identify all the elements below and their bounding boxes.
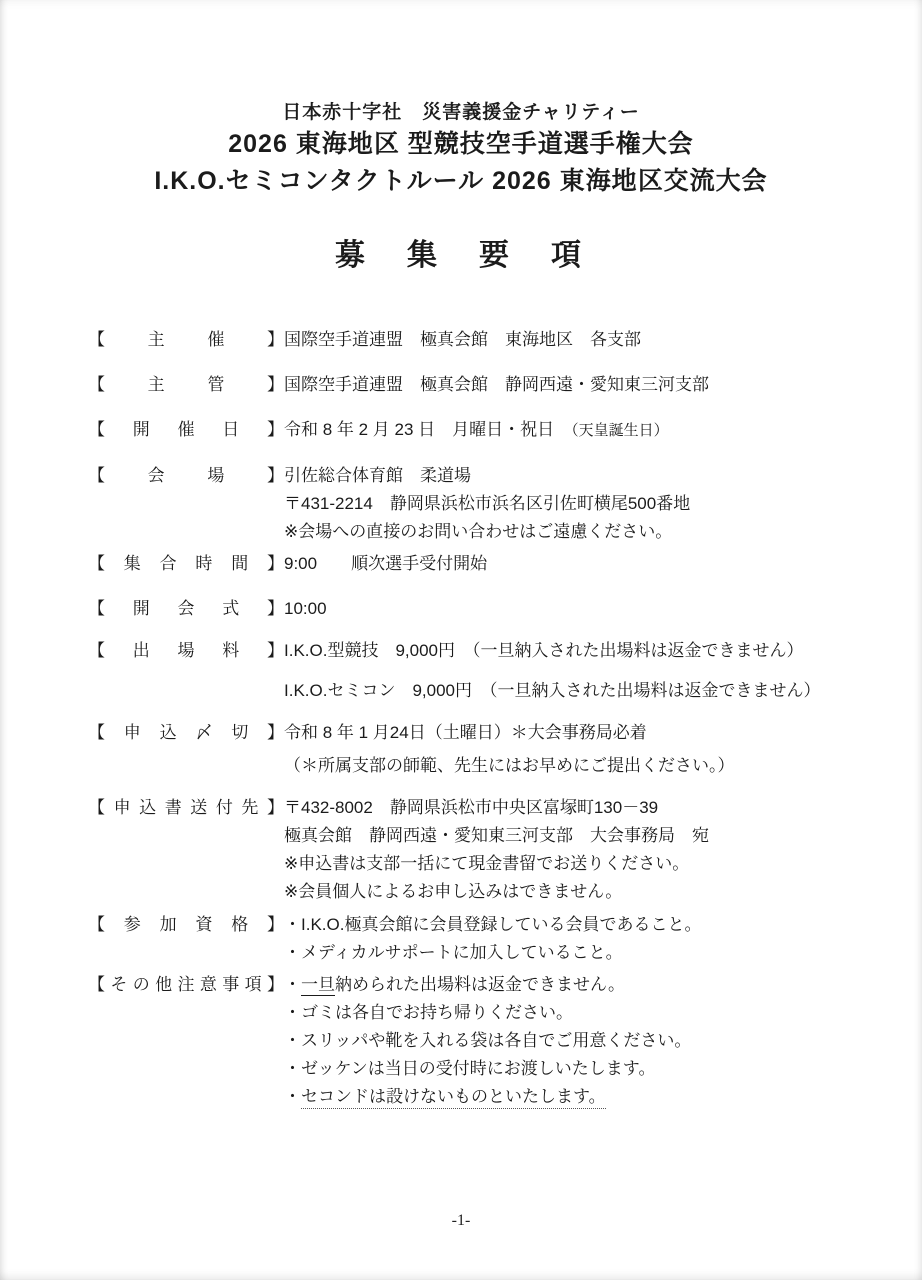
- content-line: 10:00: [284, 595, 862, 623]
- section-row-opening-ceremony: 【 開 会 式 】 10:00: [88, 595, 862, 623]
- content-line: 9:00 順次選手受付開始: [284, 550, 862, 578]
- content-line: ・ゼッケンは当日の受付時にお渡しいたします。: [284, 1055, 862, 1083]
- document-header: 日本赤十字社 災害義援金チャリティー 2026 東海地区 型競技空手道選手権大会…: [0, 100, 922, 274]
- event-date: 令和 8 年 2 月 23 日 月曜日・祝日: [284, 420, 571, 439]
- charity-subtitle: 日本赤十字社 災害義援金チャリティー: [0, 100, 922, 126]
- page-title: 募 集 要 項: [0, 238, 922, 274]
- content-line: ・I.K.O.極真会館に会員登録している会員であること。: [284, 911, 862, 939]
- content-line: I.K.O.型競技 9,000円 （一旦納入された出場料は返金できません）: [284, 637, 862, 665]
- content-line: ・メディカルサポートに加入していること。: [284, 939, 862, 967]
- section-content: I.K.O.型競技 9,000円 （一旦納入された出場料は返金できません） I.…: [284, 637, 862, 705]
- section-row-deadline: 【 申 込 〆 切 】 令和 8 年 1 月24日（土曜日）＊大会事務局必着 （…: [88, 719, 862, 780]
- section-row-entry-fee: 【 出 場 料 】 I.K.O.型競技 9,000円 （一旦納入された出場料は返…: [88, 637, 862, 705]
- content-line: ※会場への直接のお問い合わせはご遠慮ください。: [284, 518, 862, 546]
- content-line: ※申込書は支部一括にて現金書留でお送りください。: [284, 850, 862, 878]
- content-line: 令和 8 年 2 月 23 日 月曜日・祝日 （天皇誕生日）: [284, 416, 862, 445]
- content-line: ・ゴミは各自でお持ち帰りください。: [284, 999, 862, 1027]
- section-label: 【 主 催 】: [88, 326, 284, 354]
- semicontact-title-line: I.K.O.セミコンタクトルール 2026 東海地区交流大会: [0, 163, 922, 200]
- content-line: 極真会館 静岡西遠・愛知東三河支部 大会事務局 宛: [284, 822, 862, 850]
- section-label: 【 申 込 書 送 付 先 】: [88, 794, 284, 822]
- section-content: 9:00 順次選手受付開始: [284, 550, 862, 578]
- section-row-other-notes: 【 そ の 他 注 意 事 項 】 ・一旦納められた出場料は返金できません。 ・…: [88, 971, 862, 1111]
- sections-list: 【 主 催 】 国際空手道連盟 極真会館 東海地区 各支部 【 主 管 】 国際…: [88, 326, 862, 1111]
- section-label: 【 開 会 式 】: [88, 595, 284, 623]
- section-label: 【 申 込 〆 切 】: [88, 719, 284, 747]
- tournament-title-line: 2026 東海地区 型競技空手道選手権大会: [0, 126, 922, 163]
- content-line: ・一旦納められた出場料は返金できません。: [284, 971, 862, 999]
- section-label: 【 出 場 料 】: [88, 637, 284, 665]
- dotted-underlined-text: セコンドは設けないものといたします。: [301, 1087, 606, 1109]
- section-content: 令和 8 年 2 月 23 日 月曜日・祝日 （天皇誕生日）: [284, 416, 862, 445]
- document-page: 日本赤十字社 災害義援金チャリティー 2026 東海地区 型競技空手道選手権大会…: [0, 0, 922, 1280]
- section-content: ・I.K.O.極真会館に会員登録している会員であること。 ・メディカルサポートに…: [284, 911, 862, 967]
- note-text: 納められた出場料は返金できません。: [335, 975, 625, 994]
- section-content: 令和 8 年 1 月24日（土曜日）＊大会事務局必着 （＊所属支部の師範、先生に…: [284, 719, 862, 780]
- section-row-assembly-time: 【 集 合 時 間 】 9:00 順次選手受付開始: [88, 550, 862, 578]
- content-line: 令和 8 年 1 月24日（土曜日）＊大会事務局必着: [284, 719, 862, 747]
- section-row-date: 【 開 催 日 】 令和 8 年 2 月 23 日 月曜日・祝日 （天皇誕生日）: [88, 416, 862, 445]
- section-label: 【 集 合 時 間 】: [88, 550, 284, 578]
- section-content: ・一旦納められた出場料は返金できません。 ・ゴミは各自でお持ち帰りください。 ・…: [284, 971, 862, 1111]
- section-label: 【 会 場 】: [88, 462, 284, 490]
- event-date-note: （天皇誕生日）: [571, 422, 669, 439]
- section-content: 国際空手道連盟 極真会館 静岡西遠・愛知東三河支部: [284, 371, 862, 399]
- content-line: ・スリッパや靴を入れる袋は各自でご用意ください。: [284, 1027, 862, 1055]
- bullet-mark: ・: [284, 975, 301, 994]
- content-line: 〒431-2214 静岡県浜松市浜名区引佐町横尾500番地: [284, 490, 862, 518]
- page-number: -1-: [0, 1212, 922, 1230]
- section-content: 引佐総合体育館 柔道場 〒431-2214 静岡県浜松市浜名区引佐町横尾500番…: [284, 462, 862, 546]
- content-line: 国際空手道連盟 極真会館 静岡西遠・愛知東三河支部: [284, 371, 862, 399]
- content-line: ・セコンドは設けないものといたします。: [284, 1083, 862, 1111]
- section-label: 【 そ の 他 注 意 事 項 】: [88, 971, 284, 999]
- content-line: ※会員個人によるお申し込みはできません。: [284, 878, 862, 906]
- section-label: 【 開 催 日 】: [88, 416, 284, 444]
- section-content: 〒432-8002 静岡県浜松市中央区富塚町130－39 極真会館 静岡西遠・愛…: [284, 794, 862, 906]
- bullet-mark: ・: [284, 1087, 301, 1106]
- underlined-text: 一旦: [301, 975, 335, 996]
- section-row-eligibility: 【 参 加 資 格 】 ・I.K.O.極真会館に会員登録している会員であること。…: [88, 911, 862, 967]
- section-row-mailing-address: 【 申 込 書 送 付 先 】 〒432-8002 静岡県浜松市中央区富塚町13…: [88, 794, 862, 906]
- content-line: I.K.O.セミコン 9,000円 （一旦納入された出場料は返金できません）: [284, 677, 862, 705]
- section-content: 10:00: [284, 595, 862, 623]
- section-row-supervisor: 【 主 管 】 国際空手道連盟 極真会館 静岡西遠・愛知東三河支部: [88, 371, 862, 399]
- content-line: 引佐総合体育館 柔道場: [284, 462, 862, 490]
- section-label: 【 主 管 】: [88, 371, 284, 399]
- section-row-venue: 【 会 場 】 引佐総合体育館 柔道場 〒431-2214 静岡県浜松市浜名区引…: [88, 462, 862, 546]
- content-line: （＊所属支部の師範、先生にはお早めにご提出ください。）: [284, 752, 862, 780]
- content-line: 〒432-8002 静岡県浜松市中央区富塚町130－39: [284, 794, 862, 822]
- section-label: 【 参 加 資 格 】: [88, 911, 284, 939]
- content-line: 国際空手道連盟 極真会館 東海地区 各支部: [284, 326, 862, 354]
- section-row-organizer: 【 主 催 】 国際空手道連盟 極真会館 東海地区 各支部: [88, 326, 862, 354]
- section-content: 国際空手道連盟 極真会館 東海地区 各支部: [284, 326, 862, 354]
